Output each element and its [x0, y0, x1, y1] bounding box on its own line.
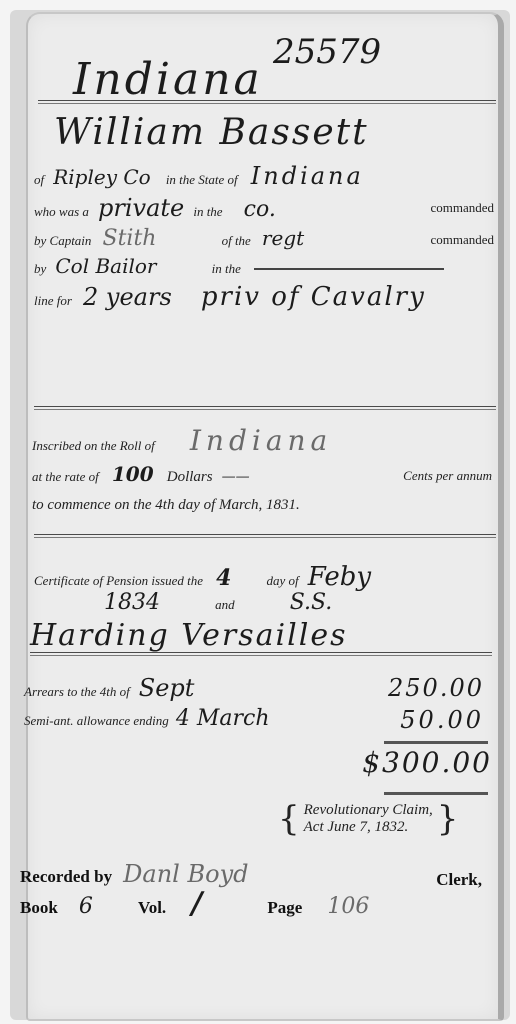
rate-line: at the rate of 100 Dollars —— Cents per … — [32, 462, 492, 486]
file-number: 25579 — [273, 32, 381, 72]
label-inscribed: Inscribed on the Roll of — [32, 438, 155, 453]
year: 1834 — [104, 590, 160, 615]
agent-line: Harding Versailles — [30, 618, 347, 653]
captain: Stith — [103, 226, 157, 251]
label-book: Book — [20, 898, 58, 917]
label-of-the: of the — [222, 233, 251, 248]
branch: priv of Cavalry — [201, 282, 426, 312]
label-commanded-2: commanded — [430, 232, 494, 248]
page-number: 106 — [327, 894, 369, 919]
rank: private — [98, 194, 184, 222]
arrears-amount: 250.00 — [388, 674, 484, 702]
semi-annual-line: Semi-ant. allowance ending 4 March 50.00 — [24, 706, 488, 731]
label-commence: to commence on the 4th day of March, 183… — [32, 497, 300, 513]
label-rate: at the rate of — [32, 469, 99, 484]
regiment: regt — [262, 226, 304, 250]
label-page: Page — [267, 898, 302, 917]
total-amount: $300.00 — [362, 746, 492, 779]
label-issued: Certificate of Pension issued the — [34, 573, 203, 588]
label-vol: Vol. — [138, 898, 166, 917]
section-rule-3 — [30, 652, 492, 656]
label-who-was: who was a — [34, 204, 89, 219]
roll-state: Indiana — [190, 424, 332, 457]
certificate-line: Certificate of Pension issued the 4 day … — [34, 562, 494, 592]
claim-line-2: Act June 7, 1832. — [304, 819, 433, 836]
residence-line: of Ripley Co in the State of Indiana — [34, 162, 364, 190]
pension-card: 25579 Indiana William Bassett of Ripley … — [26, 12, 504, 1021]
claim-note: { Revolutionary Claim, Act June 7, 1832.… — [278, 802, 458, 836]
book-line: Book 6 Vol. / Page 106 — [20, 886, 490, 921]
colonel: Col Bailor — [55, 254, 156, 278]
inscribed-line: Inscribed on the Roll of Indiana — [32, 424, 332, 457]
arrears-month: Sept — [139, 674, 195, 702]
semi-annual-amount: 50.00 — [400, 706, 484, 734]
vol-number: / — [191, 886, 202, 921]
label-dollars: Dollars — [167, 469, 213, 485]
semi-annual-period: 4 March — [176, 706, 270, 731]
residence: Ripley Co — [53, 165, 151, 189]
label-arrears: Arrears to the 4th of — [24, 684, 130, 699]
label-line-for: line for — [34, 293, 72, 308]
label-in-state: in the State of — [166, 172, 238, 187]
claim-line-1: Revolutionary Claim, — [304, 802, 433, 819]
right-brace-icon: } — [437, 802, 459, 836]
label-in-the: in the — [193, 204, 222, 219]
label-in-the-2: in the — [212, 261, 241, 276]
duration: 2 years — [83, 283, 172, 311]
day: 4 — [216, 565, 231, 591]
left-brace-icon: { — [278, 802, 300, 836]
year-line: 1834 and S.S. — [104, 590, 332, 615]
arrears-line: Arrears to the 4th of Sept 250.00 — [24, 674, 488, 702]
subtotal-rule — [384, 741, 488, 744]
label-by: by — [34, 261, 46, 276]
label-semi-annual: Semi-ant. allowance ending — [24, 713, 169, 728]
unit: co. — [244, 197, 276, 222]
total-rule — [384, 792, 488, 795]
state-heading: Indiana — [73, 54, 263, 105]
label-by-captain: by Captain — [34, 233, 91, 248]
rank-line: who was a private in the co. commanded — [34, 194, 494, 222]
label-cents: Cents per annum — [403, 468, 492, 484]
section-rule-2 — [34, 534, 496, 538]
label-of: of — [34, 172, 44, 187]
label-commanded: commanded — [430, 200, 494, 216]
month: Feby — [308, 562, 371, 592]
commence-line: to commence on the 4th day of March, 183… — [32, 494, 300, 514]
state: Indiana — [251, 162, 364, 190]
section-rule-1 — [34, 406, 496, 410]
clerk-name: Danl Boyd — [123, 860, 248, 888]
label-day-of: day of — [266, 573, 298, 588]
dollars: 100 — [112, 462, 154, 486]
line-dash — [254, 268, 444, 270]
pensioner-name: William Bassett — [54, 112, 369, 153]
captain-line: by Captain Stith of the regt commanded — [34, 226, 494, 251]
colonel-line: by Col Bailor in the — [34, 254, 494, 278]
label-and: and — [215, 597, 235, 612]
recorded-line: Recorded by Danl Boyd Clerk, — [20, 860, 490, 888]
duration-line: line for 2 years priv of Cavalry — [34, 282, 426, 312]
header-rule — [38, 100, 496, 104]
label-recorded-by: Recorded by — [20, 867, 112, 886]
book-number: 6 — [79, 894, 93, 919]
sent-to: S.S. — [290, 590, 333, 615]
cents: —— — [222, 469, 250, 485]
